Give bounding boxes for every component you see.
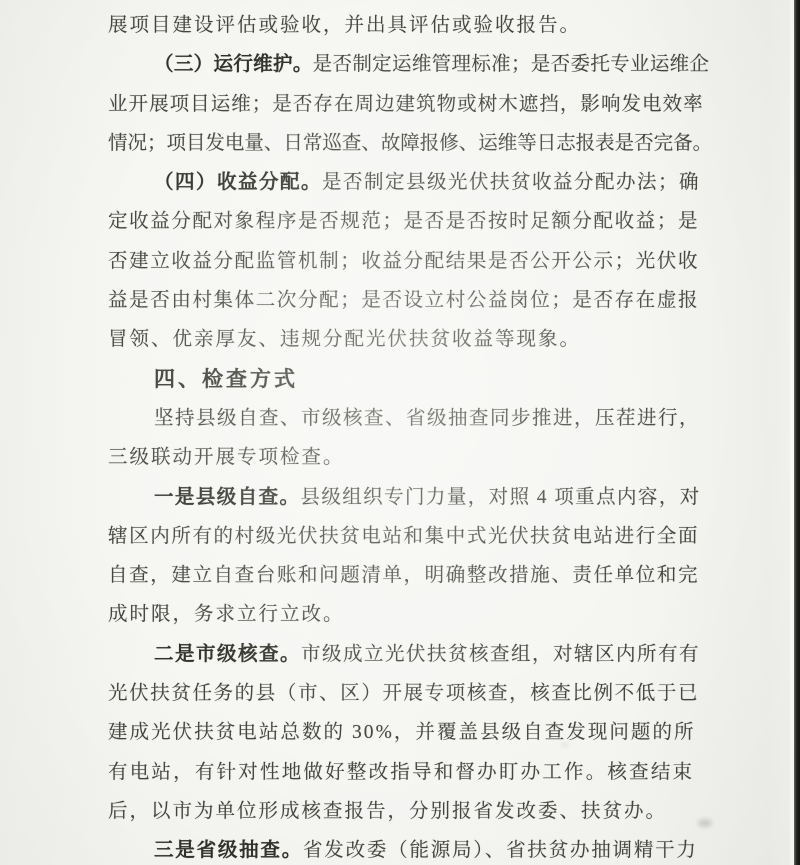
scan-smudge-faint xyxy=(560,742,570,747)
text-line: 后，以市为单位形成核查报告，分别报省发改委、扶贫办。 xyxy=(108,792,696,831)
text-line: （四）收益分配。是否制定县级光伏扶贫收益分配办法；确 xyxy=(108,163,696,202)
line-text: 否建立收益分配监管机制；收益分配结果是否公开公示；光伏收 xyxy=(108,251,699,272)
text-line: 三级联动开展专项检查。 xyxy=(108,438,696,477)
text-line: 光伏扶贫任务的县（市、区）开展专项核查，核查比例不低于已 xyxy=(108,674,696,713)
text-line: 定收益分配对象程序是否规范；是否是否按时足额分配收益；是 xyxy=(108,202,696,241)
line-text: 益是否由村集体二次分配；是否设立村公益岗位；是否存在虚报 xyxy=(108,290,699,311)
text-line: 业开展项目运维；是否存在周边建筑物或树木遮挡，影响发电效率 xyxy=(108,85,696,124)
line-text: 情况；项目发电量、日常巡查、故障报修、运维等日志报表是否完备。 xyxy=(108,133,712,154)
line-text: 县级组织专门力量，对照 4 项重点内容，对 xyxy=(300,487,700,508)
line-text: 有电站，有针对性地做好整改指导和督办盯办工作。核查结束 xyxy=(108,762,694,783)
line-text: 成时限，务求立行立改。 xyxy=(108,604,345,625)
line-text: 业开展项目运维；是否存在周边建筑物或树木遮挡，影响发电效率 xyxy=(108,94,704,115)
paragraph-lead: 三是省级抽查。 xyxy=(154,840,303,861)
document-page: 展项目建设评估或验收，并出具评估或验收报告。 （三）运行维护。是否制定运维管理标… xyxy=(0,0,800,865)
line-text: 自查，建立自查台账和问题清单，明确整改措施、责任单位和完 xyxy=(108,565,699,586)
line-text: 省发改委（能源局）、省扶贫办抽调精干力 xyxy=(303,840,698,861)
text-line: 坚持县级自查、市级核查、省级抽查同步推进，压茬进行， xyxy=(108,399,696,438)
paragraph-lead: （四）收益分配。 xyxy=(154,172,322,193)
text-line: 二是市级核查。市级成立光伏扶贫核查组，对辖区内所有有 xyxy=(108,635,696,674)
line-text: 三级联动开展专项检查。 xyxy=(108,447,345,468)
paragraph-lead: （三）运行维护。 xyxy=(154,54,313,75)
line-text: 四、检查方式 xyxy=(154,367,298,391)
text-line: （三）运行维护。是否制定运维管理标准；是否委托专业运维企 xyxy=(108,45,696,84)
text-line: 自查，建立自查台账和问题清单，明确整改措施、责任单位和完 xyxy=(108,556,696,595)
line-text: 展项目建设评估或验收，并出具评估或验收报告。 xyxy=(108,15,581,36)
document-text: 展项目建设评估或验收，并出具评估或验收报告。 （三）运行维护。是否制定运维管理标… xyxy=(108,6,696,865)
text-line: 否建立收益分配监管机制；收益分配结果是否公开公示；光伏收 xyxy=(108,242,696,281)
text-line: 成时限，务求立行立改。 xyxy=(108,595,696,634)
text-line: 有电站，有针对性地做好整改指导和督办盯办工作。核查结束 xyxy=(108,753,696,792)
line-text: 辖区内所有的村级光伏扶贫电站和集中式光伏扶贫电站进行全面 xyxy=(108,526,699,547)
text-line: 一是县级自查。县级组织专门力量，对照 4 项重点内容，对 xyxy=(108,478,696,517)
scan-edge-shadow xyxy=(794,0,800,865)
line-text: 冒领、优亲厚友、违规分配光伏扶贫收益等现象。 xyxy=(108,329,581,350)
line-text: 定收益分配对象程序是否规范；是否是否按时足额分配收益；是 xyxy=(108,211,699,232)
text-line: 三是省级抽查。省发改委（能源局）、省扶贫办抽调精干力 xyxy=(108,831,696,865)
section-heading: 四、检查方式 xyxy=(108,360,696,399)
line-text: 坚持县级自查、市级核查、省级抽查同步推进，压茬进行， xyxy=(154,408,700,429)
line-text: 是否制定县级光伏扶贫收益分配办法；确 xyxy=(322,172,700,193)
text-line: 展项目建设评估或验收，并出具评估或验收报告。 xyxy=(108,6,696,45)
paragraph-lead: 二是市级核查。 xyxy=(154,644,301,665)
text-line: 建成光伏扶贫电站总数的 30%，并覆盖县级自查发现问题的所 xyxy=(108,713,696,752)
line-text: 市级成立光伏扶贫核查组，对辖区内所有有 xyxy=(301,644,700,665)
scan-smudge xyxy=(698,819,712,827)
line-text: 光伏扶贫任务的县（市、区）开展专项核查，核查比例不低于已 xyxy=(108,683,699,704)
text-line: 情况；项目发电量、日常巡查、故障报修、运维等日志报表是否完备。 xyxy=(108,124,696,163)
paragraph-lead: 一是县级自查。 xyxy=(154,487,300,508)
line-text: 是否制定运维管理标准；是否委托专业运维企 xyxy=(313,54,710,75)
text-line: 益是否由村集体二次分配；是否设立村公益岗位；是否存在虚报 xyxy=(108,281,696,320)
line-text: 建成光伏扶贫电站总数的 30%，并覆盖县级自查发现问题的所 xyxy=(108,722,696,743)
text-line: 冒领、优亲厚友、违规分配光伏扶贫收益等现象。 xyxy=(108,320,696,359)
line-text: 后，以市为单位形成核查报告，分别报省发改委、扶贫办。 xyxy=(108,801,667,822)
text-line: 辖区内所有的村级光伏扶贫电站和集中式光伏扶贫电站进行全面 xyxy=(108,517,696,556)
